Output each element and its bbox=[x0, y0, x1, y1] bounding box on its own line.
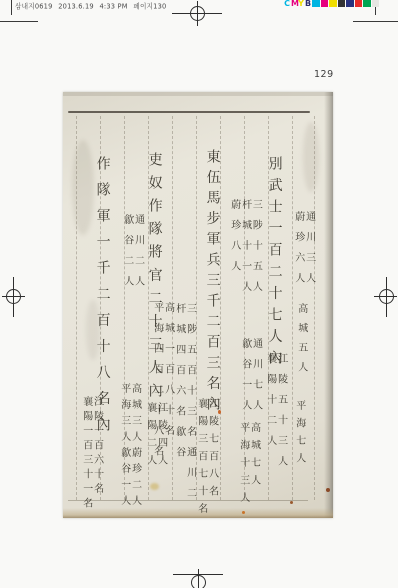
stain-spot bbox=[150, 483, 159, 490]
manuscript-column-run: 通川二人歙谷二人 bbox=[121, 214, 143, 296]
manuscript-text-line: 三陟十五人 bbox=[250, 199, 261, 302]
manuscript-text-layer: 通川三人蔚珍六人高城五人平海七人別武士一百二十七人內江陵五十三人襄陽十二人三陟十… bbox=[0, 0, 398, 588]
manuscript-column-run: 平海七人 bbox=[293, 400, 304, 470]
manuscript-column-run: 吏奴作隊將官二十三人內 bbox=[146, 152, 162, 406]
manuscript-text-line: 平海七人 bbox=[293, 400, 304, 470]
manuscript-text-line: 高城五人 bbox=[295, 303, 306, 381]
manuscript-text-line: 通川三人 bbox=[303, 211, 314, 293]
manuscript-column-run: 高城七人平海十三人 bbox=[237, 422, 259, 510]
manuscript-text-line: 襄陽二人 bbox=[144, 402, 155, 472]
manuscript-column-run: 江陵七百八名襄陽三百七十名 bbox=[195, 398, 217, 521]
manuscript-column-run: 通川三人蔚珍六人 bbox=[292, 211, 314, 293]
manuscript-column-run: 江陵四人襄陽二人 bbox=[144, 402, 166, 472]
manuscript-column-run: 別武士一百二十七人內 bbox=[266, 156, 282, 372]
manuscript-text-line: 高城三人蔚珍二人 bbox=[129, 383, 140, 511]
manuscript-text-line: 襄陽三百七十名 bbox=[195, 398, 206, 521]
manuscript-text-line: 江陵四人 bbox=[155, 402, 166, 472]
manuscript-text-line: 吏奴作隊將官二十三人內 bbox=[146, 152, 162, 406]
stain-spot bbox=[326, 488, 330, 492]
manuscript-column-run: 江陵一百六十名襄陽一百三十一名 bbox=[80, 396, 102, 512]
manuscript-column-run: 高城三人蔚珍二人平海三人歙谷一人 bbox=[118, 383, 140, 511]
manuscript-text-line: 三陟五百十三名通川二 bbox=[184, 303, 195, 508]
stain-spot bbox=[242, 511, 245, 514]
manuscript-text-line: 平海十三人 bbox=[237, 422, 248, 510]
stain-spot bbox=[290, 501, 293, 504]
manuscript-text-line: 通川二人 bbox=[132, 214, 143, 296]
manuscript-column-run: 江陵五十三人襄陽十二人 bbox=[264, 353, 286, 476]
manuscript-text-line: 通川七人 bbox=[250, 338, 261, 420]
manuscript-column-run: 三陟十五人杆城十一人蔚珍八人 bbox=[228, 199, 260, 302]
manuscript-text-line: 杆城四百六名歙谷 bbox=[173, 303, 184, 508]
manuscript-text-line: 別武士一百二十七人內 bbox=[266, 156, 282, 372]
manuscript-text-line: 襄陽一百三十一名 bbox=[80, 396, 91, 512]
manuscript-text-line: 江陵七百八名 bbox=[206, 398, 217, 521]
manuscript-text-line: 江陵五十三人 bbox=[275, 353, 286, 476]
manuscript-column-run: 東伍馬步軍兵三千二百三名內 bbox=[204, 149, 220, 417]
manuscript-column-run: 高城五人 bbox=[295, 303, 306, 381]
manuscript-text-line: 蔚珍六人 bbox=[292, 211, 303, 293]
manuscript-column-run: 通川七人歙谷一人 bbox=[239, 338, 261, 420]
manuscript-text-line: 江陵一百六十名 bbox=[91, 396, 102, 512]
manuscript-text-line: 平海三人歙谷一人 bbox=[118, 383, 129, 511]
manuscript-column-run: 三陟五百十三名通川二杆城四百六名歙谷 bbox=[173, 303, 195, 508]
manuscript-text-line: 歙谷二人 bbox=[121, 214, 132, 296]
manuscript-text-line: 東伍馬步軍兵三千二百三名內 bbox=[204, 149, 220, 417]
manuscript-text-line: 蔚珍八人 bbox=[228, 199, 239, 302]
manuscript-text-line: 高城七人 bbox=[248, 422, 259, 510]
stain-spot bbox=[218, 410, 221, 414]
manuscript-text-line: 杆城十一人 bbox=[239, 199, 250, 302]
manuscript-text-line: 襄陽十二人 bbox=[264, 353, 275, 476]
manuscript-text-line: 歙谷一人 bbox=[239, 338, 250, 420]
